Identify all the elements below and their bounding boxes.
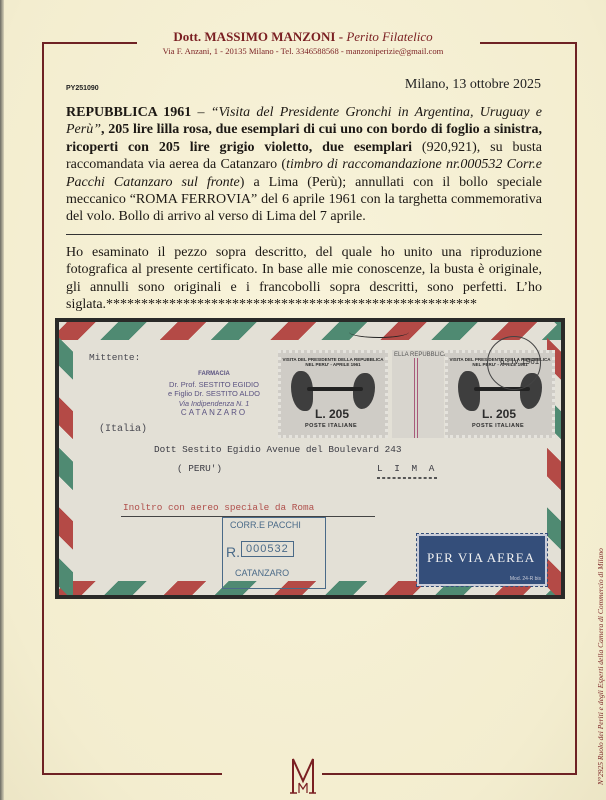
sender-country: (Italia) (99, 424, 147, 435)
postage-stamp: VISITA DEL PRESIDENTE DELLA REPUBBLICA N… (278, 350, 388, 438)
frame-right (575, 42, 577, 775)
section-divider (66, 234, 542, 235)
sender-label: Mittente: (89, 352, 140, 363)
map-south-america-icon (458, 371, 480, 411)
item-description: REPUBBLICA 1961 – “Visita del Presidente… (66, 104, 542, 226)
airmail-label-text: PER VIA AEREA (427, 550, 535, 566)
airmail-label: PER VIA AEREA Mod. 24-R bis (417, 534, 547, 586)
margin-rule (414, 358, 418, 438)
registration-city: CATANZARO (235, 568, 289, 578)
stamp-header: VISITA DEL PRESIDENTE DELLA REPUBBLICA N… (281, 357, 385, 367)
airplane-icon (307, 387, 363, 391)
sender-line: e Figlio Dr. SESTITO ALDO (149, 389, 279, 399)
city-underline (377, 477, 437, 479)
scan-edge (0, 0, 4, 800)
registration-prefix: R. (226, 544, 240, 560)
stamp-country: POSTE ITALIANE (305, 423, 357, 429)
postmark-date: 6 - IV 1961 (500, 357, 539, 366)
airmail-border-left (59, 322, 73, 595)
frame-top-left (42, 42, 137, 44)
recipient-city: L I M A (377, 463, 437, 474)
registration-office: CORR.E PACCHI (230, 520, 301, 530)
sender-line: Dr. Prof. SESTITO EGIDIO (149, 380, 279, 390)
recipient-address: Dott Sestito Egidio Avenue del Boulevard… (154, 444, 402, 455)
postmark: 6 - IV 1961 (487, 336, 541, 390)
frame-top-right (480, 42, 577, 44)
certificate-date: Milano, 13 ottobre 2025 (405, 77, 541, 93)
expert-statement: Ho esaminato il pezzo sopra descritto, d… (66, 244, 542, 314)
expert-address: Via F. Anzani, 1 - 20135 Milano - Tel. 3… (0, 46, 606, 56)
margin-text: ELLA REPUBBLICA (394, 352, 448, 358)
airmail-border-top (59, 322, 561, 340)
frame-left (42, 42, 44, 775)
sender-line: FARMACIA (149, 370, 279, 380)
stamp-country: POSTE ITALIANE (472, 423, 524, 429)
airmail-envelope: Mittente: FARMACIA Dr. Prof. SESTITO EGI… (59, 322, 561, 595)
map-south-america-icon (291, 371, 313, 411)
sheet-margin: ELLA REPUBBLICA (392, 350, 444, 438)
expert-signature (349, 326, 409, 338)
sender-stamp: FARMACIA Dr. Prof. SESTITO EGIDIO e Figl… (149, 370, 279, 418)
cover-photo: Mittente: FARMACIA Dr. Prof. SESTITO EGI… (55, 318, 565, 599)
frame-bottom-right (322, 773, 577, 775)
expert-name: Dott. MASSIMO MANZONI (173, 29, 335, 44)
stamp-value: L. 205 (482, 407, 516, 421)
frame-bottom-left (42, 773, 222, 775)
expert-role: Perito Filatelico (346, 29, 432, 44)
recipient-country: ( PERU') (177, 463, 222, 474)
airmail-label-model: Mod. 24-R bis (510, 576, 541, 582)
sender-line: Via Indipendenza N. 1 (149, 399, 279, 409)
description-dash: – (191, 105, 210, 120)
routing-instruction: Inoltro con aereo speciale da Roma (123, 502, 314, 513)
certificate-id: PY251090 (66, 85, 99, 92)
stamp-value: L. 205 (315, 407, 349, 421)
registration-cachet: CORR.E PACCHI R. 000532 CATANZARO (222, 517, 326, 589)
header-separator: - (336, 29, 347, 44)
mm-monogram-icon (289, 755, 317, 795)
description-lead: REPUBBLICA 1961 (66, 105, 191, 120)
registration-number: 000532 (241, 541, 294, 557)
sender-line: CATANZARO (149, 408, 279, 418)
registry-note: N°2925 Ruolo dei Periti e degli Esperti … (596, 548, 605, 785)
map-africa-icon (353, 373, 375, 409)
